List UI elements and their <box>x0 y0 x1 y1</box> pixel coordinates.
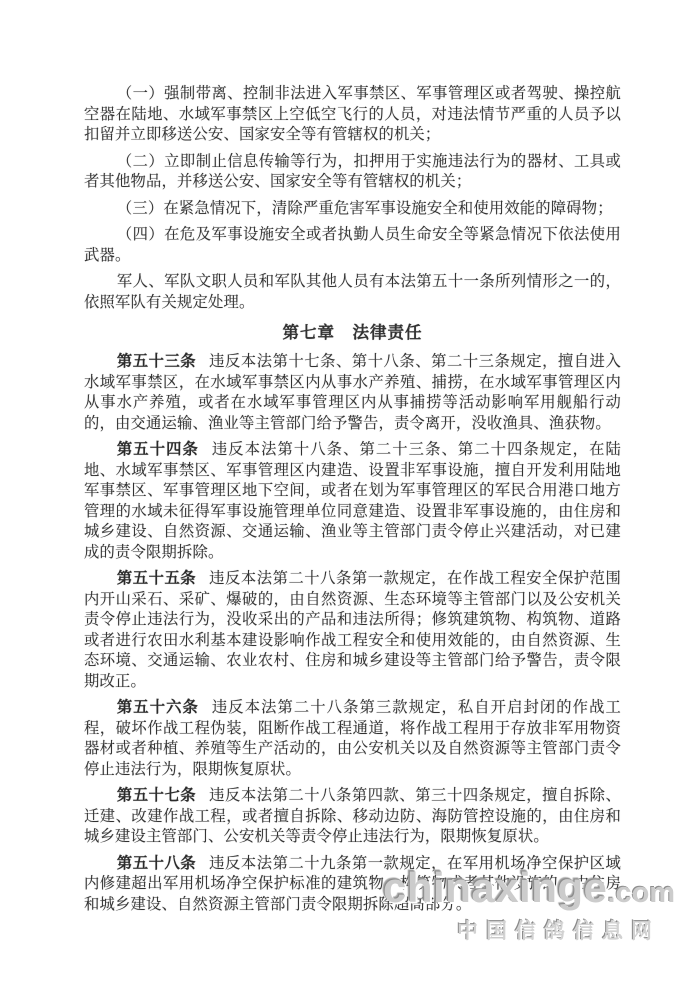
article-56-number: 第五十六条 <box>117 699 199 716</box>
article-58: 第五十八条违反本法第二十九条第一款规定，在军用机场净空保护区域内修建超出军用机场… <box>84 854 621 916</box>
chapter-heading: 第七章 法律责任 <box>84 322 621 343</box>
intro-paragraph-1: （一）强制带离、控制非法进入军事禁区、军事管理区或者驾驶、操控航空器在陆地、水域… <box>84 84 621 146</box>
scanned-document-page: （一）强制带离、控制非法进入军事禁区、军事管理区或者驾驶、操控航空器在陆地、水域… <box>0 0 700 990</box>
article-54: 第五十四条违反本法第十八条、第二十三条、第二十四条规定，在陆地、水域军事禁区、军… <box>84 440 621 563</box>
document-body: （一）强制带离、控制非法进入军事禁区、军事管理区或者驾驶、操控航空器在陆地、水域… <box>84 84 621 921</box>
article-54-number: 第五十四条 <box>117 441 199 458</box>
military-personnel-paragraph: 军人、军队文职人员和军队其他人员有本法第五十一条所列情形之一的，依照军队有关规定… <box>84 272 621 313</box>
article-55: 第五十五条违反本法第二十八条第一款规定，在作战工程安全保护范围内开山采石、采矿、… <box>84 569 621 692</box>
intro-paragraph-3: （三）在紧急情况下，清除严重危害军事设施安全和使用效能的障碍物； <box>84 199 621 220</box>
article-56: 第五十六条违反本法第二十八条第三款规定，私自开启封闭的作战工程，破坏作战工程伪装… <box>84 698 621 780</box>
article-55-number: 第五十五条 <box>117 570 196 587</box>
article-55-text: 违反本法第二十八条第一款规定，在作战工程安全保护范围内开山采石、采矿、爆破的，由… <box>84 570 621 690</box>
article-57-number: 第五十七条 <box>117 787 196 804</box>
article-58-number: 第五十八条 <box>117 855 196 872</box>
article-54-text: 违反本法第十八条、第二十三条、第二十四条规定，在陆地、水域军事禁区、军事管理区内… <box>84 441 621 561</box>
article-57: 第五十七条违反本法第二十八条第四款、第三十四条规定，擅自拆除、迁建、改建作战工程… <box>84 786 621 848</box>
article-53-number: 第五十三条 <box>117 353 196 370</box>
article-53: 第五十三条违反本法第十七条、第十八条、第二十三条规定，擅自进入水域军事禁区，在水… <box>84 352 621 434</box>
intro-paragraph-2: （二）立即制止信息传输等行为，扣押用于实施违法行为的器材、工具或者其他物品，并移… <box>84 152 621 193</box>
intro-paragraph-4: （四）在危及军事设施安全或者执勤人员生命安全等紧急情况下依法使用武器。 <box>84 225 621 266</box>
